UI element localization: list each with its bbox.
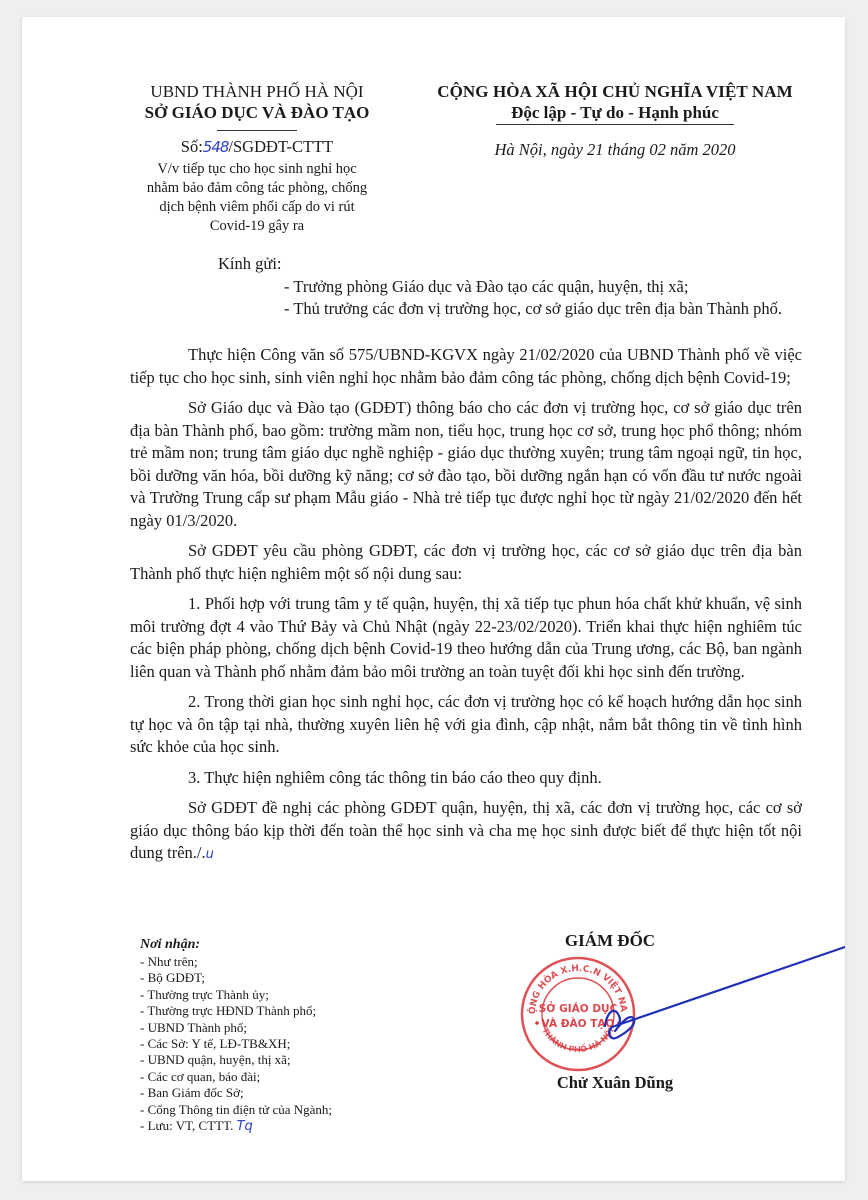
official-stamp-icon: CỘNG HÒA X.H.C.N VIỆT NAM THÀNH PHỐ HÀ N… <box>519 955 637 1073</box>
receiver-item: - Ban Giám đốc Sở; <box>140 1085 440 1101</box>
addressees-label: Kính gửi: <box>218 253 282 275</box>
receiver-item: - Như trên; <box>140 954 440 970</box>
archive-initial: Tq <box>237 1119 253 1134</box>
receivers-label: Nơi nhận: <box>140 936 440 954</box>
receiver-item: - UBND quận, huyện, thị xã; <box>140 1052 440 1068</box>
document-page: UBND THÀNH PHỐ HÀ NỘI SỞ GIÁO DỤC VÀ ĐÀO… <box>22 17 845 1181</box>
stamp-inner-1: SỞ GIÁO DỤC <box>539 1001 618 1015</box>
issuer-authority: UBND THÀNH PHỐ HÀ NỘI <box>127 81 387 102</box>
addressees-list: - Trưởng phòng Giáo dục và Đào tạo các q… <box>284 276 804 320</box>
body-paragraph: Sở GDĐT yêu cầu phòng GDĐT, các đơn vị t… <box>130 540 802 585</box>
national-header: CỘNG HÒA XÃ HỘI CHỦ NGHĨA VIỆT NAM Độc l… <box>400 81 830 160</box>
body-paragraph: 3. Thực hiện nghiêm công tác thông tin b… <box>130 767 802 790</box>
receiver-item: - Lưu: VT, CTTT. Tq <box>140 1118 440 1135</box>
national-motto: Độc lập - Tự do - Hạnh phúc <box>511 102 719 123</box>
document-number: Số:548/SGDĐT-CTTT <box>127 136 387 158</box>
issuer-block: UBND THÀNH PHỐ HÀ NỘI SỞ GIÁO DỤC VÀ ĐÀO… <box>127 81 387 236</box>
archive-text: - Lưu: VT, CTTT. <box>140 1118 233 1133</box>
subject-line-4: Covid-19 gây ra <box>127 217 387 236</box>
doc-number-prefix: Số: <box>181 137 203 156</box>
doc-number-suffix: /SGDĐT-CTTT <box>228 137 333 156</box>
handwritten-initial: u <box>206 847 214 862</box>
receiver-item: - Các Sở: Y tế, LĐ-TB&XH; <box>140 1036 440 1052</box>
body-paragraph: Sở Giáo dục và Đào tạo (GDĐT) thông báo … <box>130 397 802 532</box>
country-name: CỘNG HÒA XÃ HỘI CHỦ NGHĨA VIỆT NAM <box>400 81 830 102</box>
subject-line-1: V/v tiếp tục cho học sinh nghỉ học <box>127 160 387 179</box>
body-paragraph: 1. Phối hợp với trung tâm y tế quận, huy… <box>130 593 802 683</box>
body-paragraph: 2. Trong thời gian học sinh nghỉ học, cá… <box>130 691 802 759</box>
document-body: Thực hiện Công văn số 575/UBND-KGVX ngày… <box>130 344 802 875</box>
addressee-item: - Trưởng phòng Giáo dục và Đào tạo các q… <box>284 276 804 298</box>
receiver-item: - Thường trực Thành ủy; <box>140 987 440 1003</box>
stamp-inner-2: VÀ ĐÀO TẠO <box>542 1017 615 1030</box>
receiver-item: - UBND Thành phố; <box>140 1020 440 1036</box>
subject-line: V/v tiếp tục cho học sinh nghỉ học nhằm … <box>127 160 387 236</box>
stamp-outer-bottom: THÀNH PHỐ HÀ NỘI <box>540 1026 615 1054</box>
body-paragraph: Thực hiện Công văn số 575/UBND-KGVX ngày… <box>130 344 802 389</box>
receiver-item: - Thường trực HĐND Thành phố; <box>140 1003 440 1019</box>
closing-text: Sở GDĐT đề nghị các phòng GDĐT quận, huy… <box>130 798 802 862</box>
receiver-item: - Các cơ quan, báo đài; <box>140 1069 440 1085</box>
receivers-block: Nơi nhận: - Như trên; - Bộ GDĐT; - Thườn… <box>140 936 440 1135</box>
issuer-underline <box>217 130 297 131</box>
doc-number-handwritten: 548 <box>203 138 229 156</box>
subject-line-3: dịch bệnh viêm phổi cấp do vi rút <box>127 198 387 217</box>
signer-title: GIÁM ĐỐC <box>530 931 690 951</box>
addressee-item: - Thủ trưởng các đơn vị trường học, cơ s… <box>284 298 804 320</box>
signer-name: Chử Xuân Dũng <box>510 1073 720 1093</box>
closing-paragraph: Sở GDĐT đề nghị các phòng GDĐT quận, huy… <box>130 797 802 867</box>
subject-line-2: nhằm bảo đảm công tác phòng, chống <box>127 179 387 198</box>
motto-underline <box>496 124 734 125</box>
receiver-item: - Bộ GDĐT; <box>140 970 440 986</box>
place-date: Hà Nội, ngày 21 tháng 02 năm 2020 <box>400 139 830 160</box>
svg-text:THÀNH PHỐ HÀ NỘI: THÀNH PHỐ HÀ NỘI <box>540 1026 615 1054</box>
issuer-department: SỞ GIÁO DỤC VÀ ĐÀO TẠO <box>127 102 387 123</box>
receiver-item: - Cổng Thông tin điện tử của Ngành; <box>140 1102 440 1118</box>
